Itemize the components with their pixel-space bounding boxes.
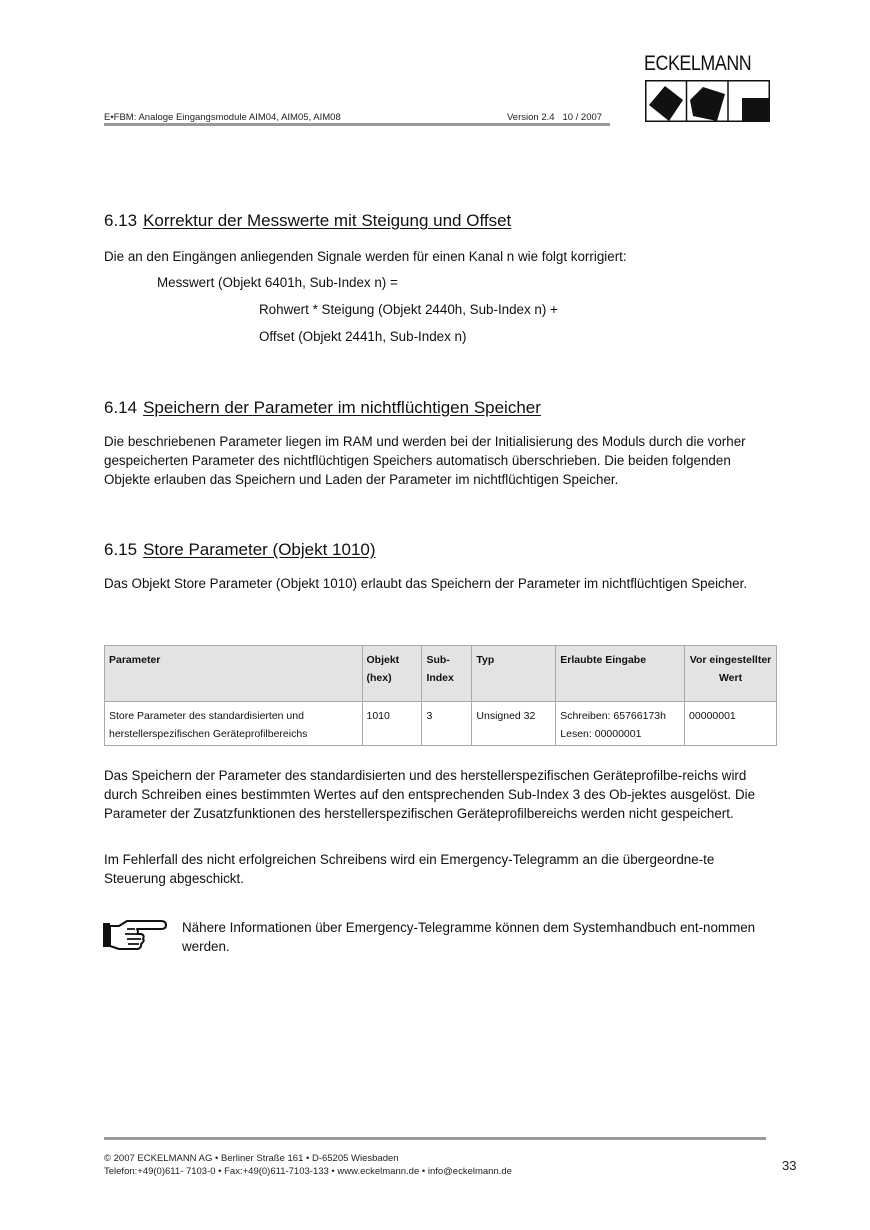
section-heading-6-14: 6.14Speichern der Parameter im nichtflüc… [104,398,541,418]
section-6-14-paragraph: Die beschriebenen Parameter liegen im RA… [104,432,776,489]
header-divider [104,123,610,126]
company-logo-icon [645,80,770,122]
header-version: Version 2.4 10 / 2007 [507,112,602,123]
section-heading-6-13: 6.13Korrektur der Messwerte mit Steigung… [104,211,511,231]
cell-voreingestellter-wert: 00000001 [685,702,777,746]
eingabe-schreiben: Schreiben: 65766173h [560,707,680,725]
section-6-15-paragraph: Das Objekt Store Parameter (Objekt 1010)… [104,574,754,593]
section-6-13-intro: Die an den Eingängen anliegenden Signale… [104,247,627,266]
note-text: Nähere Informationen über Emergency-Tele… [182,918,762,956]
section-number: 6.13 [104,211,137,230]
column-header-voreingestellter-wert: Vor eingestellter Wert [685,646,777,702]
section-6-15-explanation: Das Speichern der Parameter des standard… [104,766,769,823]
table-row: Store Parameter des standardisierten und… [105,702,777,746]
section-number: 6.14 [104,398,137,417]
cell-subindex: 3 [422,702,472,746]
section-heading-6-15: 6.15Store Parameter (Objekt 1010) [104,540,376,560]
company-logo-text: ECKELMANN [644,52,751,76]
column-header-typ: Typ [472,646,556,702]
header-document-title: E•FBM: Analoge Eingangsmodule AIM04, AIM… [104,112,341,123]
page-number: 33 [782,1158,796,1173]
section-number: 6.15 [104,540,137,559]
section-title: Speichern der Parameter im nichtflüchtig… [143,398,541,417]
formula-line-1: Messwert (Objekt 6401h, Sub-Index n) = [157,273,398,292]
column-header-subindex: Sub-Index [422,646,472,702]
cell-erlaubte-eingabe: Schreiben: 65766173h Lesen: 00000001 [556,702,685,746]
table-header-row: Parameter Objekt (hex) Sub-Index Typ Erl… [105,646,777,702]
formula-line-2: Rohwert * Steigung (Objekt 2440h, Sub-In… [259,300,558,319]
column-header-objekt: Objekt (hex) [362,646,422,702]
section-6-15-error-note: Im Fehlerfall des nicht erfolgreichen Sc… [104,850,764,888]
column-header-erlaubte-eingabe: Erlaubte Eingabe [556,646,685,702]
section-title: Korrektur der Messwerte mit Steigung und… [143,211,511,230]
column-header-parameter: Parameter [105,646,363,702]
cell-objekt: 1010 [362,702,422,746]
formula-line-3: Offset (Objekt 2441h, Sub-Index n) [259,327,466,346]
footer-contact: Telefon:+49(0)611- 7103-0 • Fax:+49(0)61… [104,1166,512,1177]
eingabe-lesen: Lesen: 00000001 [560,725,680,743]
footer-divider [104,1137,766,1140]
footer-address: © 2007 ECKELMANN AG • Berliner Straße 16… [104,1153,399,1164]
cell-parameter: Store Parameter des standardisierten und… [105,702,363,746]
store-parameter-table: Parameter Objekt (hex) Sub-Index Typ Erl… [104,645,777,746]
pointing-hand-icon [101,918,167,952]
cell-typ: Unsigned 32 [472,702,556,746]
section-title: Store Parameter (Objekt 1010) [143,540,375,559]
